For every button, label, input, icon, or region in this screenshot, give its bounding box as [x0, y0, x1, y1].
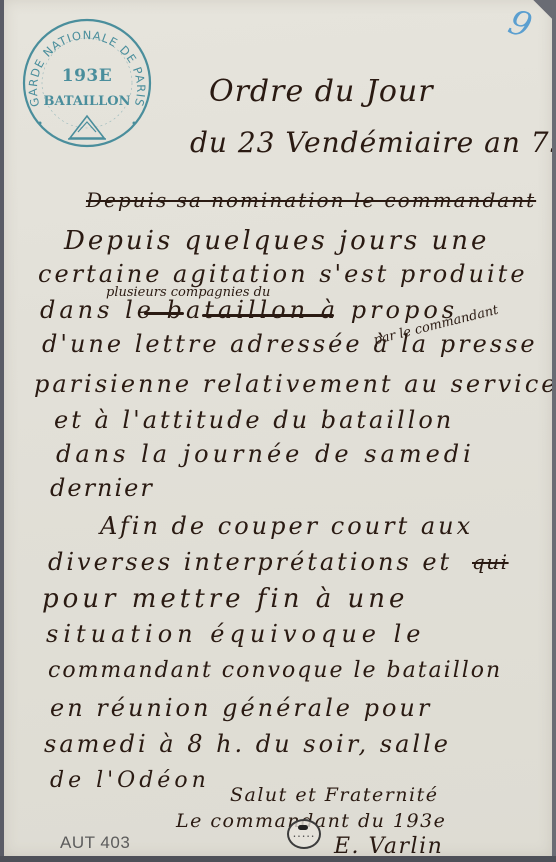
body-line: certaine agitation s'est produite: [38, 260, 528, 288]
body-line: parisienne relativement au service: [34, 370, 556, 398]
call-number: AUT 403: [60, 833, 130, 853]
body-line: Depuis quelques jours une: [64, 226, 489, 256]
body-line: et à l'attitude du bataillon: [54, 406, 454, 434]
manuscript-page: GARDE NATIONALE DE PARIS 193E BATAILLON …: [4, 0, 552, 856]
salutation: Salut et Fraternité: [230, 784, 439, 806]
stamp-battalion-label: BATAILLON: [20, 94, 154, 109]
garde-nationale-stamp: GARDE NATIONALE DE PARIS 193E BATAILLON: [20, 16, 154, 150]
body-line: situation équivoque le: [46, 620, 426, 648]
body-line: commandant convoque le bataillon: [48, 658, 502, 683]
document-title: Ordre du Jour: [209, 74, 434, 109]
body-line: samedi à 8 h. du soir, salle: [44, 730, 451, 758]
body-line: de l'Odéon: [50, 768, 210, 793]
triangle-emblem-icon: [68, 116, 106, 139]
body-line: diverses interprétations et: [48, 548, 452, 576]
document-date: du 23 Vendémiaire an 79: [190, 126, 556, 159]
library-stamp-icon: • • • • •: [287, 819, 321, 849]
body-line: d'une lettre adressée à la presse: [42, 330, 538, 358]
struck-fragment: qui: [472, 550, 509, 574]
body-line: en réunion générale pour: [50, 694, 432, 722]
scan-frame-bottom: [0, 856, 556, 862]
scan-frame-right: [552, 0, 556, 862]
body-line: dans le bataillon à propos: [40, 296, 458, 324]
strike-mark: [202, 314, 334, 317]
body-line: pour mettre fin à une: [42, 584, 408, 614]
body-line: dans la journée de samedi: [56, 440, 475, 468]
stamp-battalion-number: 193E: [20, 66, 154, 86]
body-line: dernier: [50, 474, 154, 502]
struck-line: Depuis sa nomination le commandant: [86, 188, 536, 212]
body-line: Afin de couper court aux: [100, 512, 473, 540]
strike-mark: [144, 312, 184, 315]
